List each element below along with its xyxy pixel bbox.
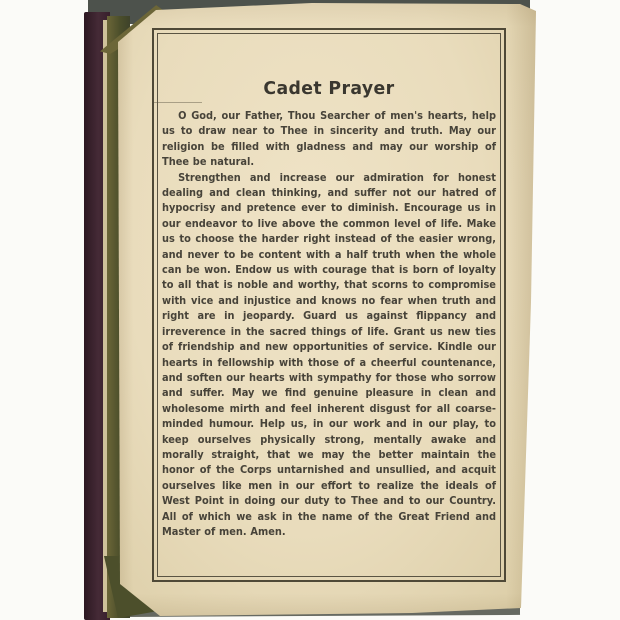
book-photo: Cadet Prayer O God, our Father, Thou Sea… bbox=[0, 0, 620, 620]
page-border-frame: Cadet Prayer O God, our Father, Thou Sea… bbox=[152, 28, 506, 582]
page-content: Cadet Prayer O God, our Father, Thou Sea… bbox=[162, 38, 496, 572]
prayer-paragraph-2: Strengthen and increase our admiration f… bbox=[162, 170, 496, 540]
paper-smudge-mark bbox=[154, 102, 202, 103]
page-border-inner-rule: Cadet Prayer O God, our Father, Thou Sea… bbox=[157, 33, 501, 577]
prayer-paragraph-1: O God, our Father, Thou Searcher of men'… bbox=[162, 108, 496, 170]
prayer-body: O God, our Father, Thou Searcher of men'… bbox=[162, 108, 496, 539]
prayer-title: Cadet Prayer bbox=[169, 78, 490, 99]
